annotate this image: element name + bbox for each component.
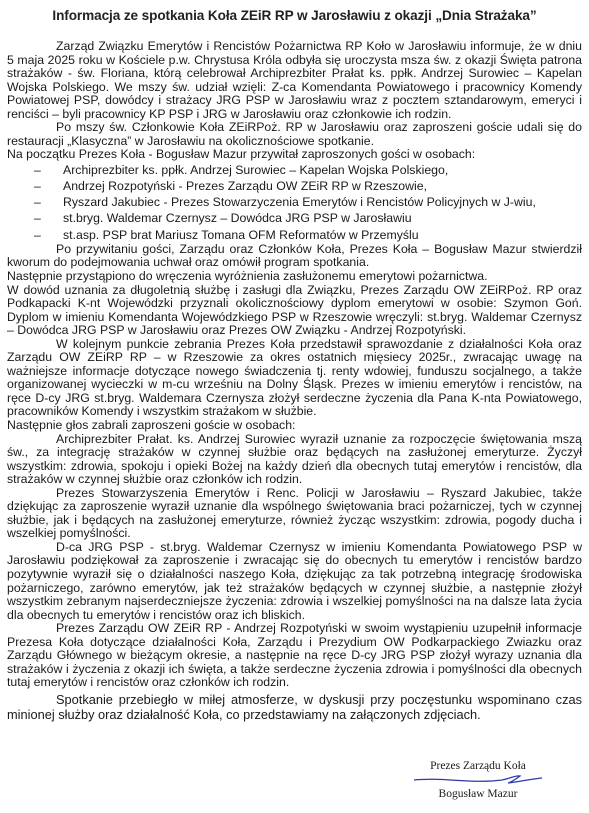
dash-bullet-icon: – [34, 194, 41, 210]
paragraph-guests-speak: Następnie głos zabrali zaproszeni goście… [7, 419, 582, 433]
paragraph-report: W kolejnym punkcie zebrania Prezes Koła … [7, 338, 582, 419]
dash-bullet-icon: – [34, 210, 41, 226]
paragraph-greeting: Na początku Prezes Koła - Bogusław Mazur… [7, 148, 582, 162]
document-body: Zarząd Związku Emerytów i Rencistów Poża… [7, 40, 582, 722]
list-item: –Andrzej Rozpotyński - Prezes Zarządu OW… [7, 178, 582, 194]
list-item: –Ryszard Jakubiec - Prezes Stowarzyczeni… [7, 194, 582, 210]
paragraph-closing: Spotkanie przebiegło w miłej atmosferze,… [7, 692, 582, 722]
list-item: –st.asp. PSP brat Mariusz Tomana OFM Ref… [7, 227, 582, 243]
document-title: Informacja ze spotkania Koła ZEiR RP w J… [0, 8, 589, 23]
paragraph-restaurant: Po mszy św. Członkowie Koła ZEiRPoż. RP … [7, 121, 582, 148]
paragraph-mass-info: Zarząd Związku Emerytów i Rencistów Poża… [7, 40, 582, 121]
signature-name: Bogusław Mazur [398, 788, 558, 800]
dash-bullet-icon: – [34, 178, 41, 194]
paragraph-ow-president: Prezes Zarządu OW ZEiR RP - Andrzej Rozp… [7, 622, 582, 690]
paragraph-chaplain: Archiprezbiter Prałat. ks. Andrzej Surow… [7, 433, 582, 487]
paragraph-award-intro: Następnie przystąpiono do wręczenia wyró… [7, 270, 582, 284]
handwritten-signature-icon [412, 773, 544, 787]
paragraph-police-association: Prezes Stowarzyszenia Emerytów i Renc. P… [7, 487, 582, 541]
paragraph-jrg-commander: D-ca JRG PSP - st.bryg. Waldemar Czernys… [7, 541, 582, 622]
list-item: –st.bryg. Waldemar Czernysz – Dowódca JR… [7, 210, 582, 226]
paragraph-award: W dowód uznania za długoletnią służbę i … [7, 284, 582, 338]
signature-role: Prezes Zarządu Koła [398, 760, 558, 772]
signature-block: Prezes Zarządu Koła Bogusław Mazur [398, 760, 558, 800]
dash-bullet-icon: – [34, 162, 41, 178]
guest-list: –Archiprezbiter ks. ppłk. Andrzej Surowi… [7, 162, 582, 243]
document-page: Informacja ze spotkania Koła ZEiR RP w J… [0, 0, 589, 813]
dash-bullet-icon: – [34, 227, 41, 243]
paragraph-quorum: Po przywitaniu gości, Zarządu oraz Człon… [7, 243, 582, 270]
list-item: –Archiprezbiter ks. ppłk. Andrzej Surowi… [7, 162, 582, 178]
